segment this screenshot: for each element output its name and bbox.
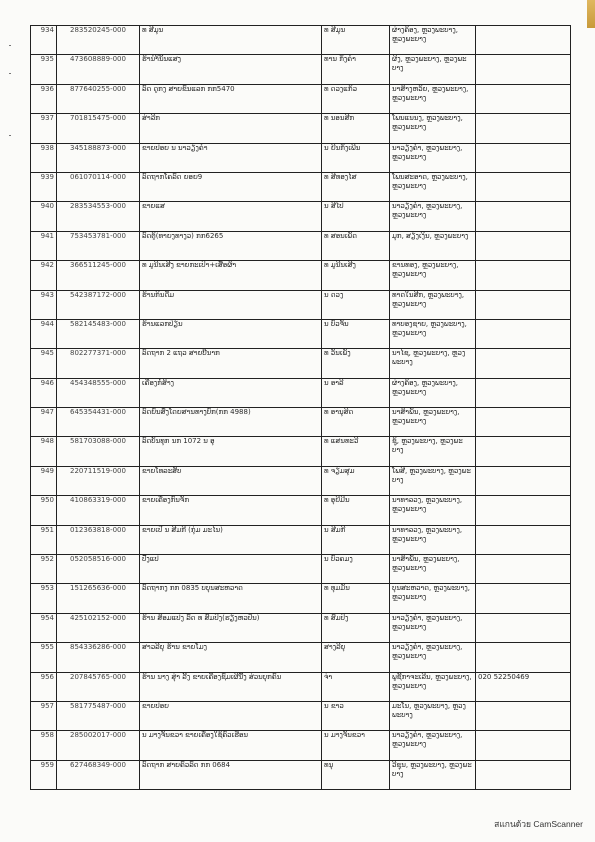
business-name: ທ ມູນີນເສີງ ຂາຍກະເປົາ+ເສື້ອຜ້າ [140,261,322,290]
phone-number [476,437,571,466]
row-number: 955 [31,643,57,672]
table-row: 938345188873-000ຂາຍປອຍ ນ ນາວຽງຄໍານ ຍີນກິ… [31,143,571,172]
business-name: ລົດບັນທຸກ ນກ 1072 ນ ອຸ [140,437,322,466]
address: ນາໄຊ, ຫຼວງພະບາງ, ຫຼວງພະບາງ [390,349,476,378]
table-row: 944582145483-000ຮ້ານແລກປ່ຽນນ ບົວຈັນທາບອງ… [31,319,571,348]
table-row: 946454348555-000ເຄື່ອງກໍ່ສ້າງນ ອາລີຜ່າງຄ… [31,378,571,407]
row-number: 952 [31,555,57,584]
table-row: 956207845765-000ຮ້ານ ນາງ ສຸ່າ ລີ້ງ ຂາຍເຄ… [31,672,571,701]
owner-name: ທ ດວງແກ້ວ [322,84,390,113]
row-number: 947 [31,408,57,437]
phone-number [476,319,571,348]
owner-name: ນ ບົວຈັນ [322,319,390,348]
table-row: 941753453781-000ລົດຕູ້(ທາຍງທາງວ) ກກ6265ທ… [31,231,571,260]
row-number: 942 [31,261,57,290]
owner-name: ນ ດວງ [322,290,390,319]
address: ນາສ້າງຫວ້ຍ, ຫຼວງພະບາງ, ຫຼວງພະບາງ [390,84,476,113]
margin-mark [9,73,11,74]
phone-number [476,202,571,231]
business-name: ຮ້ານ ສ້ອມແປງ ລົດ ທ ສົມປົງ(ຮຽງຫວປັນ) [140,613,322,642]
business-register-table: 934283520245-000ທ ສີມຸນທ ສີມຸນຜ່າງຄ້ອງ, … [30,25,571,790]
row-number: 943 [31,290,57,319]
table-row: 948581703088-000ລົດບັນທຸກ ນກ 1072 ນ ອຸທ … [31,437,571,466]
address: ວີຊຸນ, ຫຼວງພະບາງ, ຫຼວງພະບາງ [390,760,476,789]
owner-name: ນ ຍີນກິ່ງເພີນ [322,143,390,172]
row-number: 956 [31,672,57,701]
business-name: ປີ້ງແປ [140,555,322,584]
phone-number [476,643,571,672]
owner-name: ທ ອານຸສິດ [322,408,390,437]
row-number: 935 [31,55,57,84]
owner-name: ທານ ກິ່ງຄໍາ [322,55,390,84]
address: ຜ່າງຄ້ອງ, ຫຼວງພະບາງ, ຫຼວງພະບາງ [390,378,476,407]
tax-id: 425102152-000 [57,613,140,642]
tax-id: 061070114-000 [57,172,140,201]
row-number: 937 [31,114,57,143]
address: ນາວຽງຄໍາ, ຫຼວງພະບາງ, ຫຼວງພະບາງ [390,202,476,231]
business-name: ລົດຖາກ 2 ແຖວ ສາຍບ໊ນາກ [140,349,322,378]
tax-id: 366511245-000 [57,261,140,290]
owner-name: ນ ສີໄປ [322,202,390,231]
address: ຊຸ້, ຫຼວງພະບາງ, ຫຼວງພະບາງ [390,437,476,466]
table-row: 945802277371-000ລົດຖາກ 2 ແຖວ ສາຍບ໊ນາກທ ວ… [31,349,571,378]
phone-number [476,408,571,437]
tax-id: 701815475-000 [57,114,140,143]
row-number: 934 [31,26,57,55]
phone-number [476,555,571,584]
phone-number [476,172,571,201]
business-name: ເຄື່ອງກໍ່ສ້າງ [140,378,322,407]
tax-id: 582145483-000 [57,319,140,348]
table-row: 935473608889-000ຮ້ານໍາ້ນິ້ນແສງທານ ກິ່ງຄໍ… [31,55,571,84]
address: ມຸກ, ສຽງເງິນ, ຫຼວງພະບາງ [390,231,476,260]
row-number: 946 [31,378,57,407]
phone-number: 020 52250469 [476,672,571,701]
table-row: 950410863319-000ຂາຍເຄື່ອງກົນຈັກທ ອຸຍີມີນ… [31,496,571,525]
table-row: 937701815475-000ສ່າລີກທ ນອນສີກໂພນແນນງ, ຫ… [31,114,571,143]
business-name: ລົດຍົນສົ່ງໂດຍສານທາງບົກ(ກກ 4988) [140,408,322,437]
business-name: ຮ້ານໍາ້ນິ້ນແສງ [140,55,322,84]
phone-number [476,525,571,554]
tax-id: 542387172-000 [57,290,140,319]
table-row: 954425102152-000ຮ້ານ ສ້ອມແປງ ລົດ ທ ສົມປົ… [31,613,571,642]
owner-name: ທ ສົມປົງ [322,613,390,642]
owner-name: ທ ມູນີນເສີງ [322,261,390,290]
owner-name: ທ ທຸມມັນ [322,584,390,613]
business-name: ຂາຍເຄື່ອງກົນຈັກ [140,496,322,525]
tax-id: 454348555-000 [57,378,140,407]
address: ໂພນສະອາດ, ຫຼວງພະບາງ, ຫຼວງພະບາງ [390,172,476,201]
table-body: 934283520245-000ທ ສີມຸນທ ສີມຸນຜ່າງຄ້ອງ, … [31,26,571,790]
tax-id: 802277371-000 [57,349,140,378]
table-row: 934283520245-000ທ ສີມຸນທ ສີມຸນຜ່າງຄ້ອງ, … [31,26,571,55]
address: ນາສ້າພັນ, ຫຼວງພະບາງ, ຫຼວງພະບາງ [390,408,476,437]
owner-name: ນ ຂາວ [322,701,390,730]
row-number: 941 [31,231,57,260]
address: ໂພສີ, ຫຼວງພະບາງ, ຫຼວງພະບາງ [390,466,476,495]
tax-id: 410863319-000 [57,496,140,525]
address: ຂານທອງ, ຫຼວງພະບາງ, ຫຼວງພະບາງ [390,261,476,290]
phone-number [476,55,571,84]
owner-name: ນ ສີມກີ [322,525,390,554]
table-row: 936877640255-000ລົດ ດູກງ ສາຍຂົນແລກ ກກ547… [31,84,571,113]
business-name: ຂາຍປອຍ [140,701,322,730]
phone-number [476,701,571,730]
row-number: 957 [31,701,57,730]
owner-name: ນ ອາລີ [322,378,390,407]
phone-number [476,760,571,789]
owner-name: ທ ສອນເພັດ [322,231,390,260]
business-name: ຂາຍແສ [140,202,322,231]
business-name: ຮ້ານ ນາງ ສຸ່າ ລີ້ງ ຂາຍເຄື່ອງຊົມເຜີນື້ງ ສ… [140,672,322,701]
page-edge-tab [587,0,595,28]
tax-id: 220711519-000 [57,466,140,495]
tax-id: 645354431-000 [57,408,140,437]
table-row: 955854336286-000ສາວລີຍຸ ຮ້ານ ຂາຍໂມງສາງລີ… [31,643,571,672]
business-name: ຂາຍເປີ ນ ສີມກີ (ກຸ່ມ ມະໄນ) [140,525,322,554]
owner-name: ສາງລີຍຸ [322,643,390,672]
phone-number [476,613,571,642]
tax-id: 627468349-000 [57,760,140,789]
row-number: 938 [31,143,57,172]
tax-id: 854336286-000 [57,643,140,672]
business-name: ລົດ ດູກງ ສາຍຂົນແລກ ກກ5470 [140,84,322,113]
address: ນາວຽງຄໍາ, ຫຼວງພະບາງ, ຫຼວງພະບາງ [390,731,476,760]
row-number: 948 [31,437,57,466]
phone-number [476,496,571,525]
phone-number [476,84,571,113]
row-number: 958 [31,731,57,760]
address: ນາທາລວງ, ຫຼວງພະບາງ, ຫຼວງພະບາງ [390,496,476,525]
owner-name: ທນຸ [322,760,390,789]
table-row: 952052058516-000ປີ້ງແປນ ບົວຄມງນາສ້າພັນ, … [31,555,571,584]
table-row: 943542387172-000ຮ້ານກິນດື່ມນ ດວງທາດໃນສີກ… [31,290,571,319]
address: ນາທາລວງ, ຫຼວງພະບາງ, ຫຼວງພະບາງ [390,525,476,554]
owner-name: ທ ສີມຸນ [322,26,390,55]
row-number: 950 [31,496,57,525]
business-name: ຂາຍປອຍ ນ ນາວຽງຄໍາ [140,143,322,172]
table-row: 951012363818-000ຂາຍເປີ ນ ສີມກີ (ກຸ່ມ ມະໄ… [31,525,571,554]
address: ທາບອງຊາຍ, ຫຼວງພະບາງ, ຫຼວງພະບາງ [390,319,476,348]
table-row: 942366511245-000ທ ມູນີນເສີງ ຂາຍກະເປົາ+ເສ… [31,261,571,290]
margin-mark [9,45,11,46]
row-number: 954 [31,613,57,642]
address: ມະໂນ, ຫຼວງພະບາງ, ຫຼວງພະບາງ [390,701,476,730]
business-name: ລົດຖາກໂຄລົດ ຍອຍ9 [140,172,322,201]
tax-id: 285002017-000 [57,731,140,760]
business-name: ຮ້ານກິນດື່ມ [140,290,322,319]
phone-number [476,466,571,495]
business-name: ຮ້ານແລກປ່ຽນ [140,319,322,348]
phone-number [476,261,571,290]
business-name: ລົດຕູ້(ທາຍງທາງວ) ກກ6265 [140,231,322,260]
tax-id: 753453781-000 [57,231,140,260]
row-number: 936 [31,84,57,113]
table-row: 958285002017-000ນ ມາງຈັນຂວາ ຂາຍເຄື່ອງໃຊ້… [31,731,571,760]
row-number: 940 [31,202,57,231]
phone-number [476,231,571,260]
table-row: 953151265636-000ລົດຖາກງ ກກ 0835 ບບຸນສະຫວ… [31,584,571,613]
phone-number [476,143,571,172]
business-name: ລົດຖາກ ສາຍຄົວລົດ ກກ 0684 [140,760,322,789]
table-row: 949220711519-000ຂາຍໂທລະສັບທ ຈຽມສຸມໂພສີ, … [31,466,571,495]
table-row: 957581775487-000ຂາຍປອຍນ ຂາວມະໂນ, ຫຼວງພະບ… [31,701,571,730]
business-name: ຂາຍໂທລະສັບ [140,466,322,495]
address: ໂພນແນນງ, ຫຼວງພະບາງ, ຫຼວງພະບາງ [390,114,476,143]
owner-name: ທ ອຸຍີມີນ [322,496,390,525]
tax-id: 283534553-000 [57,202,140,231]
tax-id: 581703088-000 [57,437,140,466]
owner-name: ທ ວັນເພັງ [322,349,390,378]
tax-id: 283520245-000 [57,26,140,55]
owner-name: ນ ມາງຈັນຂວາ [322,731,390,760]
margin-mark [9,135,11,136]
address: ນາວຽງຄໍາ, ຫຼວງພະບາງ, ຫຼວງພະບາງ [390,643,476,672]
table-row: 940283534553-000ຂາຍແສນ ສີໄປນາວຽງຄໍາ, ຫຼວ… [31,202,571,231]
table-row: 959627468349-000ລົດຖາກ ສາຍຄົວລົດ ກກ 0684… [31,760,571,789]
camscanner-watermark: สแกนด้วย CamScanner [494,817,583,831]
row-number: 953 [31,584,57,613]
phone-number [476,290,571,319]
phone-number [476,114,571,143]
phone-number [476,378,571,407]
address: ນາວຽງຄໍາ, ຫຼວງພະບາງ, ຫຼວງພະບາງ [390,613,476,642]
table-row: 939061070114-000ລົດຖາກໂຄລົດ ຍອຍ9ທ ສີທອງໄ… [31,172,571,201]
row-number: 944 [31,319,57,348]
owner-name: ທ ນອນສີກ [322,114,390,143]
tax-id: 151265636-000 [57,584,140,613]
phone-number [476,731,571,760]
tax-id: 052058516-000 [57,555,140,584]
owner-name: ທ ສີທອງໄສ [322,172,390,201]
address: ພູຊີ້ກາຈະເລີນ, ຫຼວງພະບາງ, ຫຼວງພະບາງ [390,672,476,701]
row-number: 945 [31,349,57,378]
address: ຜິງ, ຫຼວງພະບາງ, ຫຼວງພະບາງ [390,55,476,84]
business-name: ສ່າລີກ [140,114,322,143]
table-row: 947645354431-000ລົດຍົນສົ່ງໂດຍສານທາງບົກ(ກ… [31,408,571,437]
row-number: 951 [31,525,57,554]
row-number: 939 [31,172,57,201]
address: ບຸນສະຫວາດ, ຫຼວງພະບາງ, ຫຼວງພະບາງ [390,584,476,613]
row-number: 959 [31,760,57,789]
address: ຜ່າງຄ້ອງ, ຫຼວງພະບາງ, ຫຼວງພະບາງ [390,26,476,55]
business-name: ສາວລີຍຸ ຮ້ານ ຂາຍໂມງ [140,643,322,672]
tax-id: 207845765-000 [57,672,140,701]
owner-name: ທ ຈຽມສຸມ [322,466,390,495]
address: ນາວຽງຄໍາ, ຫຼວງພະບາງ, ຫຼວງພະບາງ [390,143,476,172]
owner-name: ຈ່າ [322,672,390,701]
phone-number [476,349,571,378]
phone-number [476,584,571,613]
business-name: ທ ສີມຸນ [140,26,322,55]
address: ທາດໃນສີກ, ຫຼວງພະບາງ, ຫຼວງພະບາງ [390,290,476,319]
row-number: 949 [31,466,57,495]
owner-name: ທ ແສນທະວີ [322,437,390,466]
address: ນາສ້າພັນ, ຫຼວງພະບາງ, ຫຼວງພະບາງ [390,555,476,584]
tax-id: 581775487-000 [57,701,140,730]
owner-name: ນ ບົວຄມງ [322,555,390,584]
phone-number [476,26,571,55]
business-name: ລົດຖາກງ ກກ 0835 ບບຸນສະຫວາດ [140,584,322,613]
business-name: ນ ມາງຈັນຂວາ ຂາຍເຄື່ອງໃຊ້ຄົວເຮືອນ [140,731,322,760]
tax-id: 877640255-000 [57,84,140,113]
tax-id: 345188873-000 [57,143,140,172]
tax-id: 012363818-000 [57,525,140,554]
tax-id: 473608889-000 [57,55,140,84]
